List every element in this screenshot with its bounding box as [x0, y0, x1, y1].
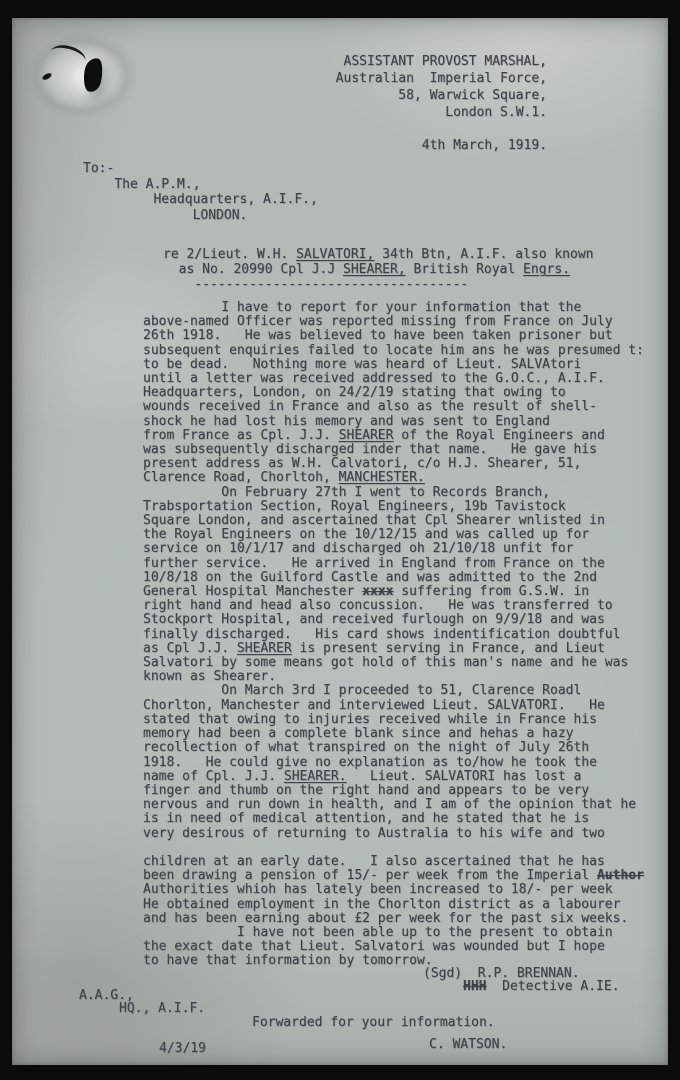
footer-date: 4/3/19 — [159, 1042, 206, 1056]
signature-title-line: HHH Detective A.IE. — [463, 980, 620, 994]
forwarded-line: Forwarded for your information. — [252, 1016, 495, 1030]
letter-body: I have to report for your information th… — [143, 301, 644, 969]
letterhead: ASSISTANT PROVOST MARSHAL, Australian Im… — [336, 54, 547, 122]
date-line: 4th March, 1919. — [422, 139, 547, 153]
subject-block: re 2/Lieut. W.H. SALVATORI, 34th Btn, A.… — [163, 247, 594, 292]
photographed-document: ASSISTANT PROVOST MARSHAL, Australian Im… — [0, 0, 680, 1080]
paper-tear-hole — [20, 26, 150, 126]
recipient-block: To:- The A.P.M., Headquarters, A.I.F., L… — [83, 161, 318, 223]
footer-watson: C. WATSON. — [429, 1038, 507, 1052]
paper-crumple — [22, 30, 142, 122]
letter-page: ASSISTANT PROVOST MARSHAL, Australian Im… — [12, 18, 668, 1065]
footer-hq: HQ., A.I.F. — [119, 1002, 205, 1016]
